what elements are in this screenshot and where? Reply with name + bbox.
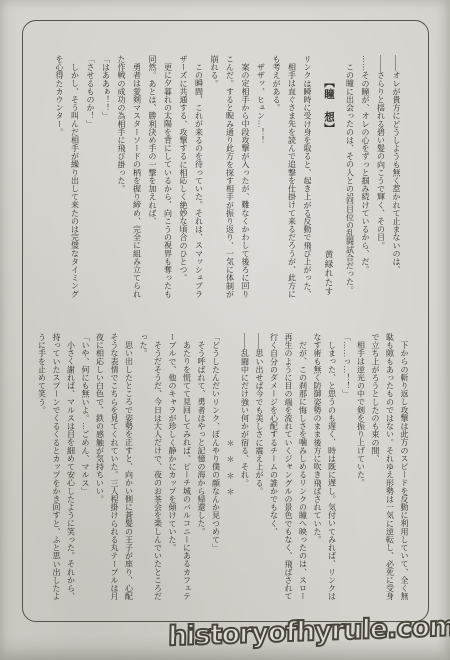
dialogue-line: 「……っ…！！」	[339, 333, 354, 601]
paragraph: この瞬間、これが来るのを待っていた。それは、スマッシュブラザーズに共通する、攻撃…	[176, 55, 207, 298]
dash-line: ――思い出せば今でも美しさに震え上がる。	[252, 333, 267, 601]
scanned-page: ――オレが貴方にどうしようも無く惹かれて止まないのは、 ――さらりと揺れる碧い髪…	[0, 0, 450, 660]
dialogue-line: 「はああぁ！！」	[98, 55, 114, 298]
paragraph: しかし、そう叫んだ相手が繰り出して来たのは完璧なタイミングを心得たカウンター。	[52, 55, 83, 298]
paragraph: だが、この刹那に悔しさを噛みしめるリンクの瞳へ映ったのは、スロー再生のように目の…	[266, 333, 310, 601]
paragraph: しまった、と思うのも遅く、時は既に遅し。気付いてみれば、リンクはなす術も無く防御…	[310, 333, 339, 601]
paragraph: 小さく謝れば、マルスは目を細めて安心したように笑った。それから、持っていたスプー…	[34, 333, 78, 601]
paragraph: そう呼ばれて、勇者はやっと記憶の海から帰還した。	[194, 333, 209, 601]
dialogue-line: 「どうしたんだいリンク、ぼんやり僕の顔なんか見つめて」	[208, 333, 223, 601]
dialogue-line: 「いや、何にも無いよ。…ごめん、マルス」	[78, 333, 93, 601]
paragraph: 思い出したところで姿勢を正すと、向かい側に蒼髪の王子が座り、心配そうな表情でこち…	[92, 333, 136, 601]
opening-line: ……その瞳が、オレの心をずっと掴み続けているから、だ。	[358, 55, 374, 298]
section-divider: ＊ ＊ ＊ ＊	[223, 333, 238, 601]
dash-line: ――乱闘中にだけ強い何かが宿る、それ。	[237, 333, 252, 601]
opening-line: ――さらりと揺れる碧い髪の向こうで輝く、その目。	[373, 55, 389, 298]
story-title: 【瞳 想】	[323, 77, 334, 135]
paragraph: ザザッ、ヒュン…！！	[253, 55, 269, 298]
paragraph: 勇者は愛剣マスターソードの柄を握り締め、完全に組み立てられた作戦の成功の為相手に…	[114, 55, 145, 298]
story-author: 黄緑れたす	[319, 250, 338, 297]
paragraph: 相手は逆光の中で剣を振り上げていた。	[353, 333, 368, 601]
page-border-frame: ――オレが貴方にどうしようも無く惹かれて止まないのは、 ――さらりと揺れる碧い髪…	[22, 20, 429, 622]
paragraph: 更に夕暮れの太陽を背にしているから、向こうの視界も奪ったも同然。あとは、勝利決め…	[145, 55, 176, 298]
paragraph: 案の定相手から中段攻撃が入ったが、難なくかわして後ろに回りこんだ。すると睨み通り…	[207, 55, 254, 298]
paragraph: そうだそうだ、今日は大人だけで、夜のお茶会を楽しんでいたところだった。	[136, 333, 165, 601]
paragraph: 下からの斬り返し攻撃は此方のスピードを反動に利用していて、全く無駄も隙もあったも…	[368, 333, 412, 601]
paragraph: あたりを慌てて見回してみれば、ピーチ城のバルコニーにあるカフェテーブルで、他のキ…	[165, 333, 194, 601]
opening-line: この瞳に出会ったのは、その人との5回目位の乱闘試合だった。	[342, 55, 358, 298]
paragraph: リンクは瞬時に受け身を取ると、起き上がる反動で飛び上がった、	[300, 55, 316, 298]
bottom-text-block: 下からの斬り返し攻撃は此方のスピードを反動に利用していて、全く無駄も隙もあったも…	[27, 333, 411, 601]
title-line: 【瞳 想】 黄緑れたす	[319, 55, 338, 298]
opening-line: ――オレが貴方にどうしようも無く惹かれて止まないのは、	[389, 55, 405, 298]
top-text-block: ――オレが貴方にどうしようも無く惹かれて止まないのは、 ――さらりと揺れる碧い髪…	[40, 55, 404, 298]
paragraph: 相手は直ぐさま先を読んで追撃を仕掛けて来るだろうが、此方にも考えがある。	[269, 55, 300, 298]
dialogue-line: 「させるものか！」	[83, 55, 99, 298]
